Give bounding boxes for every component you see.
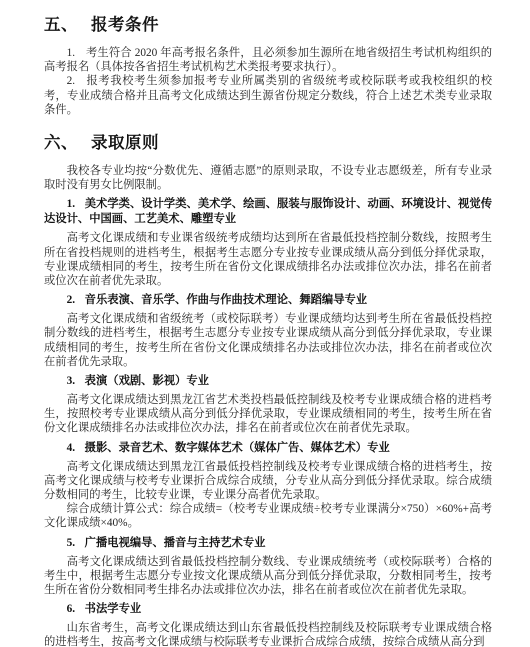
section-heading-admission: 六、录取原则 [44, 132, 492, 154]
item-number: 6. [67, 603, 75, 615]
admission-item-paragraph: 山东省考生，高考文化课成绩达到山东省最低投档控制线及校际联考专业课成绩合格的进档… [44, 621, 492, 647]
admission-item-title-5: 5.广播电视编导、播音与主持艺术专业 [44, 536, 492, 551]
clause-text: 报考我校考生须参加报考专业所属类别的省级统考或校际联考或我校组织的校考，专业成绩… [44, 75, 492, 115]
section-number: 五、 [44, 15, 78, 34]
item-title-text: 书法学专业 [85, 603, 142, 615]
clause-number: 1. [67, 47, 75, 59]
admission-item-paragraph: 高考文化课成绩达到省最低投档控制分数线、专业课成绩统考（或校际联考）合格的考生中… [44, 555, 492, 598]
section-title: 录取原则 [91, 133, 159, 152]
item-number: 5. [67, 537, 75, 549]
item-title-text: 表演（戏剧、影视）专业 [85, 375, 209, 387]
application-clause-1: 1.考生符合 2020 年高考报名条件，且必须参加生源所在地省级招生考试机构组织… [44, 46, 492, 74]
item-number: 2. [67, 294, 75, 306]
clause-text: 考生符合 2020 年高考报名条件，且必须参加生源所在地省级招生考试机构组织的高… [44, 47, 492, 73]
admission-item-title-2: 2.音乐表演、音乐学、作曲与作曲技术理论、舞蹈编导专业 [44, 293, 492, 308]
admission-item-title-4: 4.摄影、录音艺术、数字媒体艺术（媒体广告、媒体艺术）专业 [44, 441, 492, 456]
document-page: 五、报考条件 1.考生符合 2020 年高考报名条件，且必须参加生源所在地省级招… [0, 0, 530, 647]
item-number: 3. [67, 375, 75, 387]
item-title-text: 广播电视编导、播音与主持艺术专业 [85, 537, 266, 549]
item-number: 1. [67, 198, 75, 210]
admission-intro-paragraph: 我校各专业均按“分数优先、遵循志愿”的原则录取，不设专业志愿级差，所有专业录取时… [44, 164, 492, 192]
clause-number: 2. [67, 75, 75, 87]
section-number: 六、 [44, 133, 78, 152]
item-title-text: 美术学类、设计学类、美术学、绘画、服装与服饰设计、动画、环境设计、视觉传达设计、… [44, 198, 492, 225]
admission-item-paragraph: 高考文化课成绩和省级统考（或校际联考）专业课成绩均达到考生所在省最低投档控制分数… [44, 312, 492, 369]
composite-score-formula-paragraph: 综合成绩计算公式：综合成绩=（校考专业课成绩÷校考专业课满分×750）×60%+… [44, 502, 492, 530]
admission-item-paragraph: 高考文化课成绩达到黑龙江省艺术类投档最低控制线及校考专业课成绩合格的进档考生，按… [44, 393, 492, 436]
admission-item-paragraph: 高考文化课成绩达到黑龙江省最低投档控制线及校考专业课成绩合格的进档考生，按高考文… [44, 460, 492, 503]
admission-item-title-3: 3.表演（戏剧、影视）专业 [44, 374, 492, 389]
section-heading-application: 五、报考条件 [44, 14, 492, 36]
admission-item-paragraph: 高考文化课成绩和专业课省级统考成绩均达到所在省最低投档控制分数线，按照考生所在省… [44, 231, 492, 288]
item-number: 4. [67, 442, 75, 454]
section-title: 报考条件 [91, 15, 159, 34]
item-title-text: 音乐表演、音乐学、作曲与作曲技术理论、舞蹈编导专业 [85, 294, 367, 306]
item-title-text: 摄影、录音艺术、数字媒体艺术（媒体广告、媒体艺术）专业 [85, 442, 390, 454]
admission-item-title-6: 6.书法学专业 [44, 602, 492, 617]
application-clause-2: 2.报考我校考生须参加报考专业所属类别的省级统考或校际联考或我校组织的校考，专业… [44, 74, 492, 117]
admission-item-title-1: 1.美术学类、设计学类、美术学、绘画、服装与服饰设计、动画、环境设计、视觉传达设… [44, 197, 492, 227]
